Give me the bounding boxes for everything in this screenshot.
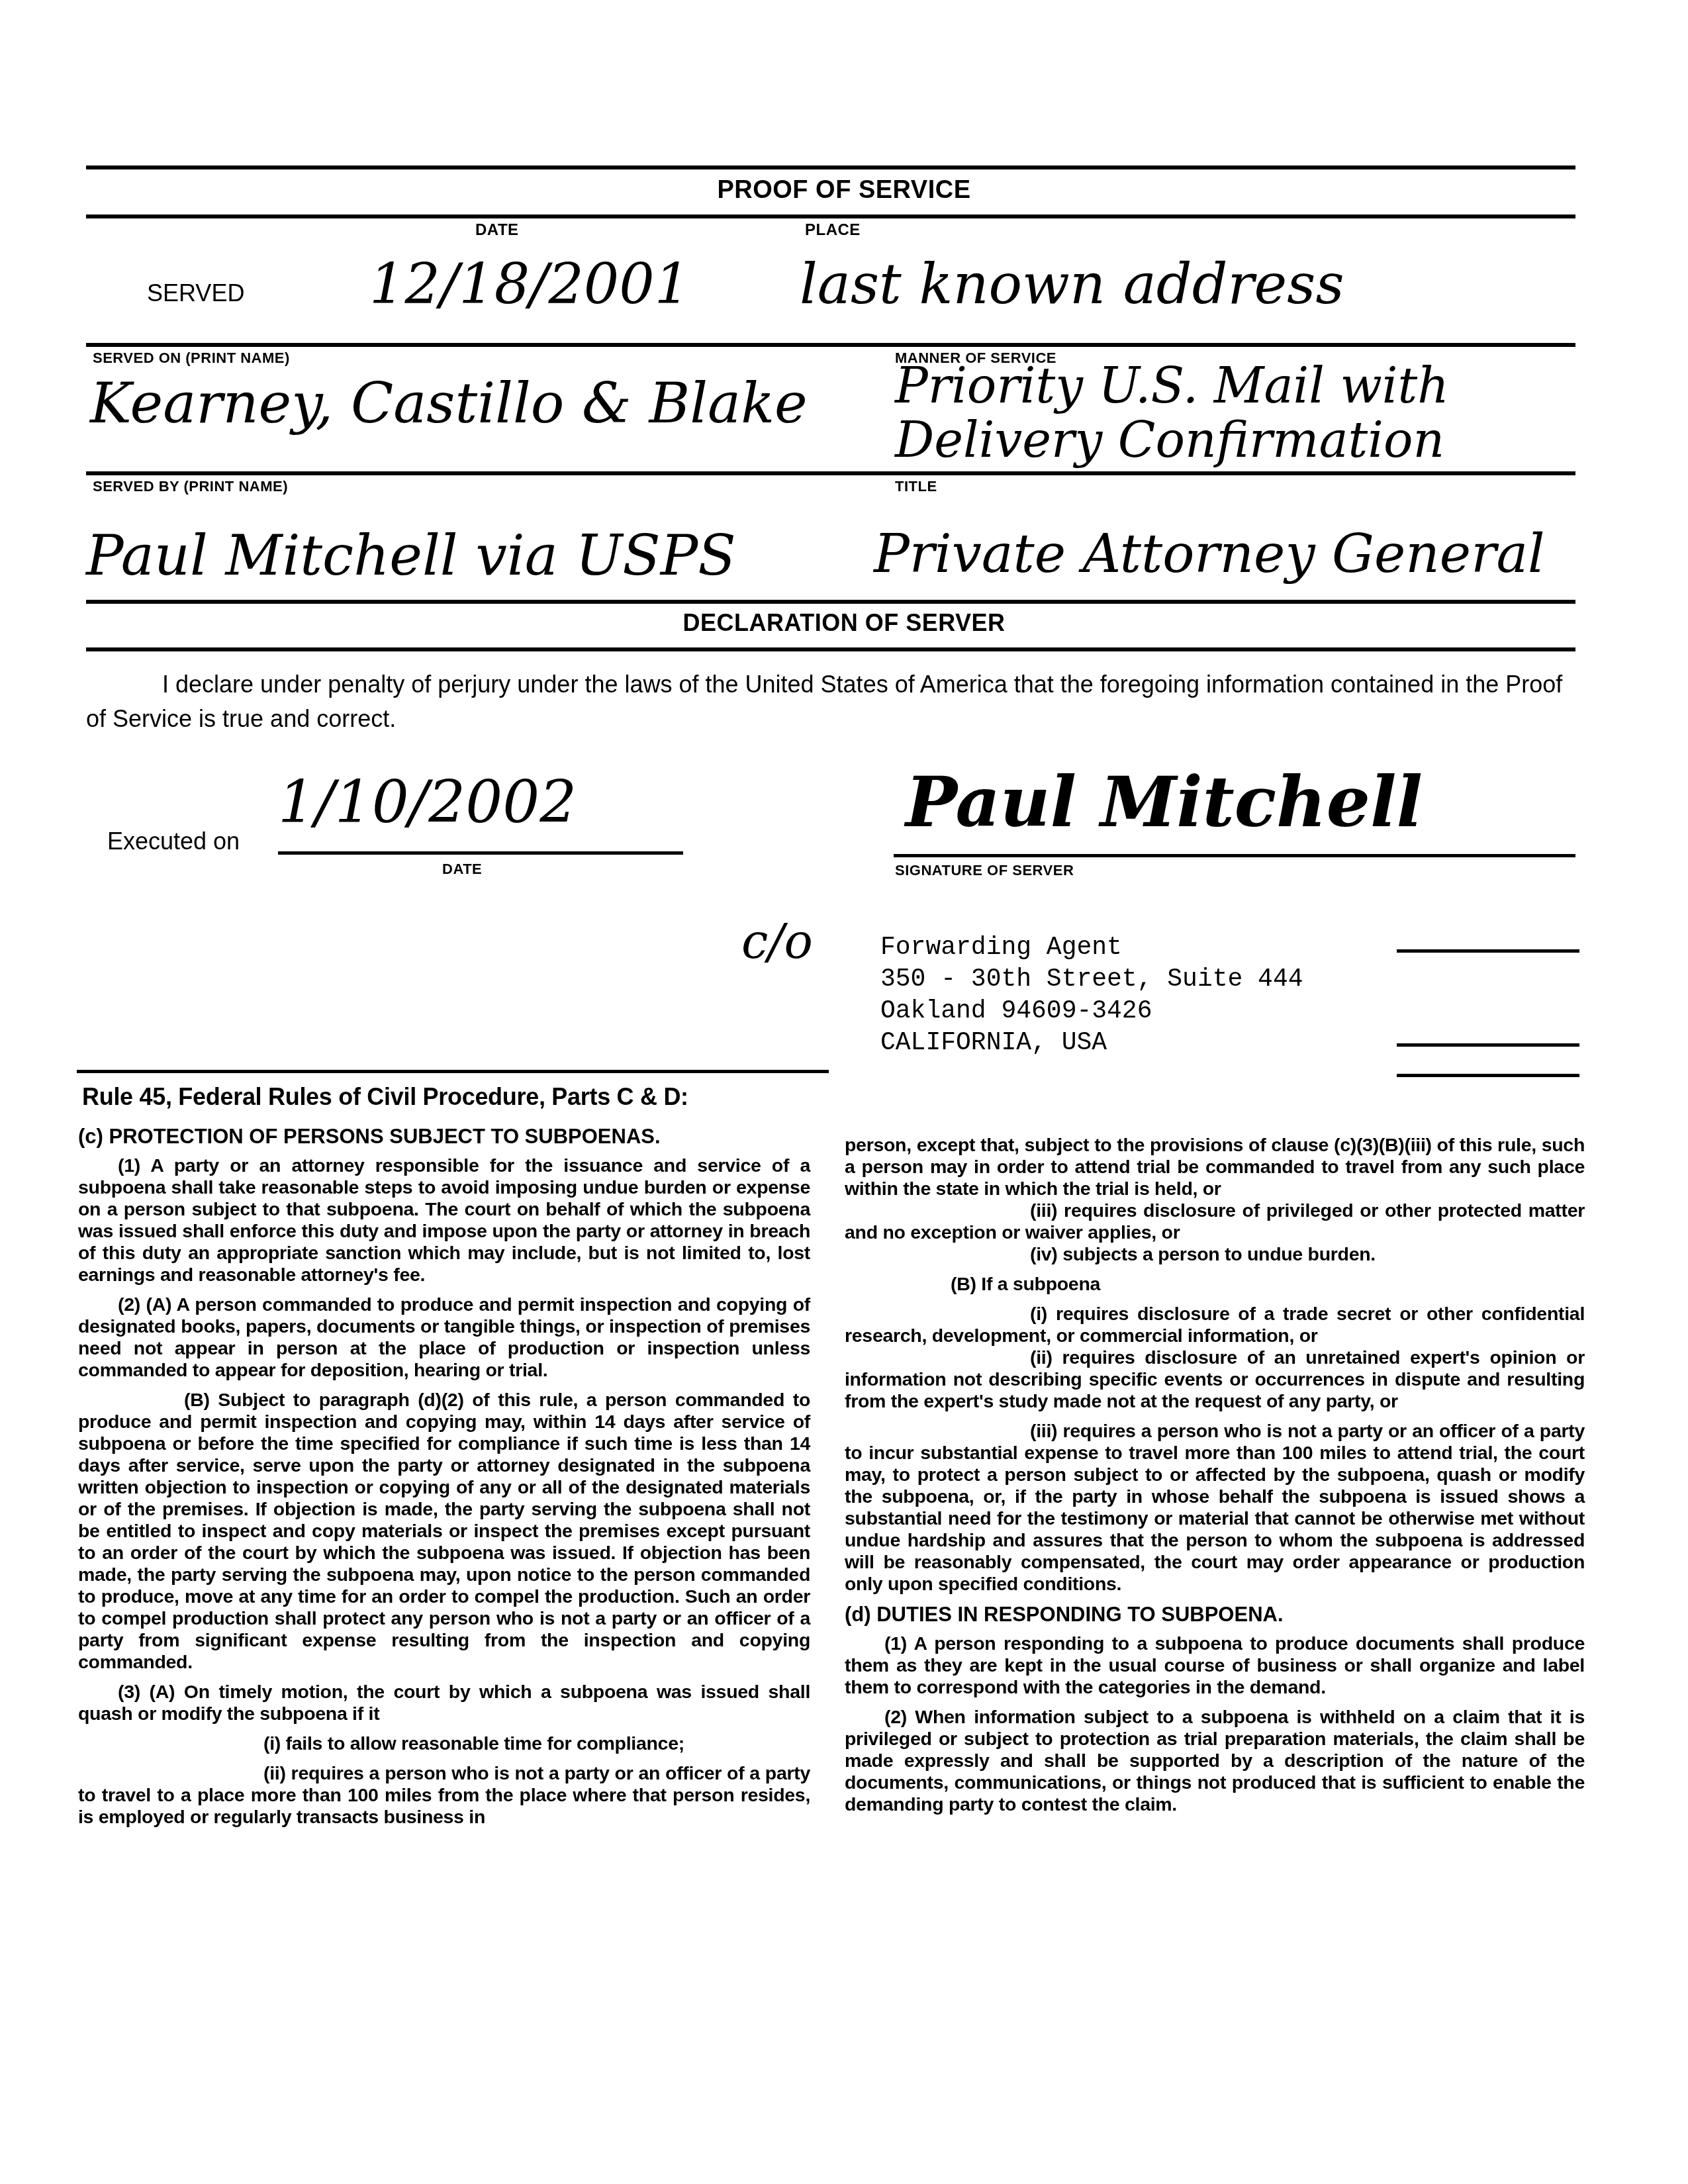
signature-rule xyxy=(894,854,1575,857)
address-rule-2 xyxy=(1397,1043,1579,1047)
rule-paragraph: (2) (A) A person commanded to produce an… xyxy=(78,1294,810,1382)
rule-paragraph: (1) A person responding to a subpoena to… xyxy=(845,1633,1585,1699)
rule-paragraph: (i) fails to allow reasonable time for c… xyxy=(78,1733,810,1755)
executed-on-label: Executed on xyxy=(107,828,240,855)
address-block: Forwarding Agent 350 - 30th Street, Suit… xyxy=(880,932,1303,1059)
rule-paragraph: (iii) requires a person who is not a par… xyxy=(845,1421,1585,1595)
served-label: SERVED xyxy=(147,279,244,307)
served-by-label: SERVED BY (PRINT NAME) xyxy=(93,478,288,495)
served-on-label: SERVED ON (PRINT NAME) xyxy=(93,350,290,367)
address-line: 350 - 30th Street, Suite 444 xyxy=(880,964,1303,996)
top-rule xyxy=(86,166,1575,169)
rule45-title: Rule 45, Federal Rules of Civil Procedur… xyxy=(82,1083,688,1111)
title-label: TITLE xyxy=(895,478,937,495)
address-line: Forwarding Agent xyxy=(880,932,1303,964)
manner-of-service-value-line2: Delivery Confirmation xyxy=(895,412,1444,469)
rule-paragraph: (ii) requires a person who is not a part… xyxy=(78,1763,810,1828)
section-heading: (d) DUTIES IN RESPONDING TO SUBPOENA. xyxy=(845,1603,1585,1625)
server-signature: Paul Mitchell xyxy=(906,761,1423,843)
rule-paragraph: (B) Subject to paragraph (d)(2) of this … xyxy=(78,1390,810,1674)
rule-paragraph: (3) (A) On timely motion, the court by w… xyxy=(78,1682,810,1725)
rule45-right-column: person, except that, subject to the prov… xyxy=(845,1135,1585,1824)
care-of-mark: c/o xyxy=(741,914,813,969)
served-by-rule xyxy=(86,600,1575,604)
proof-of-service-title: PROOF OF SERVICE xyxy=(0,176,1688,205)
rule-paragraph: (i) requires disclosure of a trade secre… xyxy=(845,1304,1585,1347)
rule-paragraph: (2) When information subject to a subpoe… xyxy=(845,1707,1585,1816)
rule-paragraph: (ii) requires disclosure of an unretaine… xyxy=(845,1347,1585,1413)
address-line: Oakland 94609-3426 xyxy=(880,996,1303,1027)
manner-of-service-value-line1: Priority U.S. Mail with xyxy=(895,357,1449,414)
declaration-statement: I declare under penalty of perjury under… xyxy=(86,667,1575,736)
address-rule-1 xyxy=(1397,949,1579,953)
date-label: DATE xyxy=(475,221,519,240)
title-rule xyxy=(86,214,1575,218)
served-on-value: Kearney, Castillo & Blake xyxy=(90,371,808,436)
rule-paragraph: (iv) subjects a person to undue burden. xyxy=(845,1244,1585,1266)
address-line: CALIFORNIA, USA xyxy=(880,1027,1303,1059)
signature-label: SIGNATURE OF SERVER xyxy=(895,862,1074,879)
rule-paragraph: (1) A party or an attorney responsible f… xyxy=(78,1155,810,1286)
served-on-rule xyxy=(86,471,1575,475)
served-by-value: Paul Mitchell via USPS xyxy=(86,523,736,588)
section-heading: (c) PROTECTION OF PERSONS SUBJECT TO SUB… xyxy=(78,1125,810,1147)
rule-paragraph: (iii) requires disclosure of privileged … xyxy=(845,1200,1585,1244)
rule45-top-rule xyxy=(77,1070,829,1073)
title-value: Private Attorney General xyxy=(874,523,1545,585)
declaration-rule xyxy=(86,647,1575,651)
rule-paragraph: person, except that, subject to the prov… xyxy=(845,1135,1585,1200)
rule-paragraph: (B) If a subpoena xyxy=(845,1274,1585,1296)
served-date-value: 12/18/2001 xyxy=(369,252,690,316)
declaration-title: DECLARATION OF SERVER xyxy=(0,609,1688,637)
served-rule xyxy=(86,343,1575,347)
executed-date-value: 1/10/2002 xyxy=(278,768,577,836)
rule45-left-column: (c) PROTECTION OF PERSONS SUBJECT TO SUB… xyxy=(78,1125,810,1828)
served-place-value: last known address xyxy=(800,252,1344,316)
executed-date-rule xyxy=(278,851,683,855)
address-rule-3 xyxy=(1397,1074,1579,1077)
executed-date-label: DATE xyxy=(442,861,482,878)
place-label: PLACE xyxy=(805,221,861,240)
